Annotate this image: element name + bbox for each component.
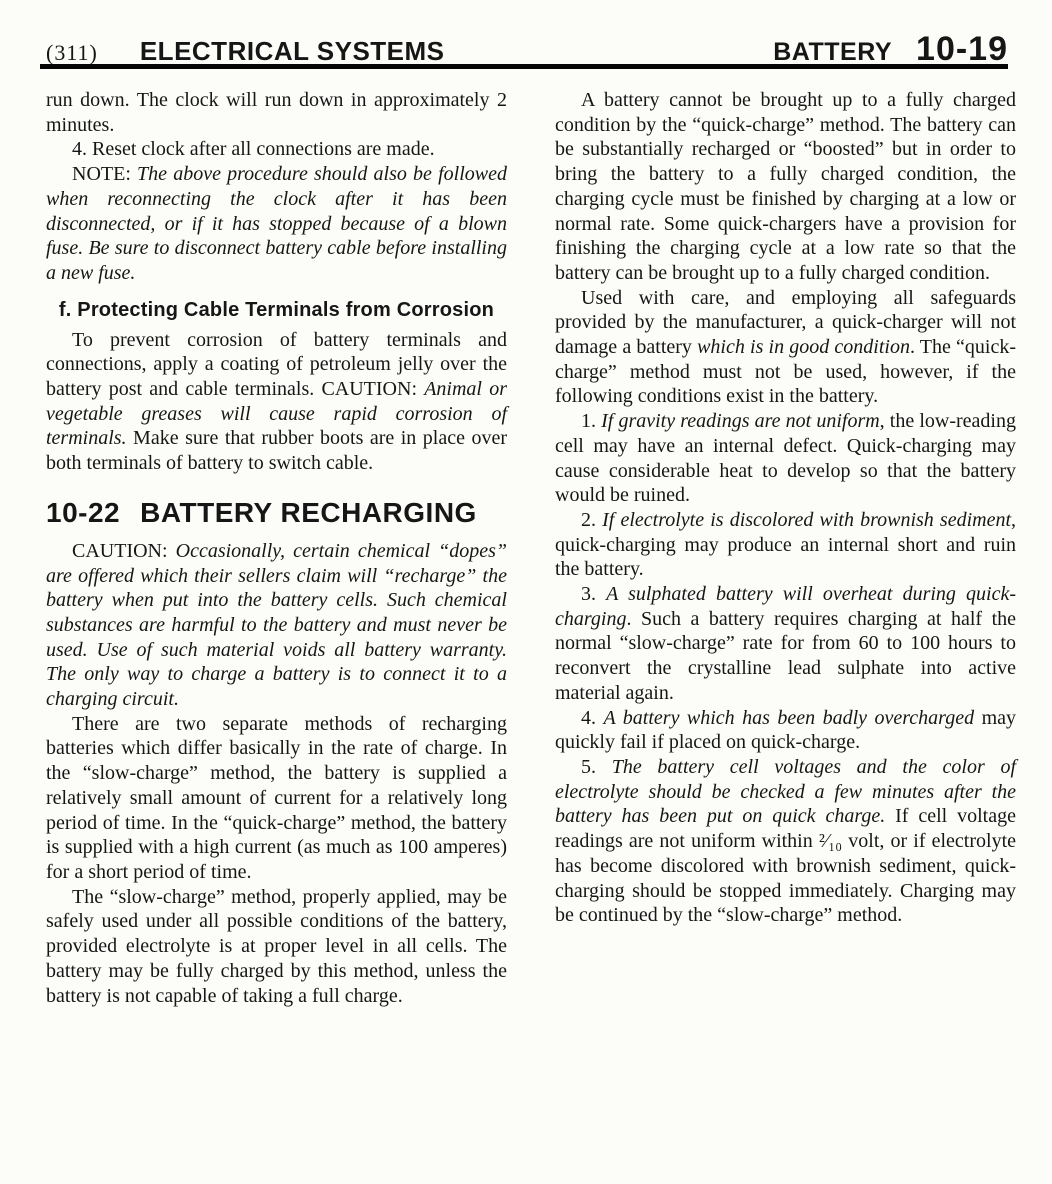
page-reference: (311) xyxy=(46,40,98,66)
paragraph: CAUTION: Occasionally, certain chemical … xyxy=(46,539,507,712)
text-segment: A battery cannot be brought up to a full… xyxy=(555,89,1016,284)
paragraph: NOTE: The above procedure should also be… xyxy=(46,162,507,286)
text-segment: The “slow-charge” method, properly appli… xyxy=(46,886,507,1007)
left-column: run down. The clock will run down in app… xyxy=(46,88,507,1008)
paragraph: 4. Reset clock after all connections are… xyxy=(46,137,507,162)
text-segment: 2. xyxy=(581,509,602,531)
paragraph: 1. If gravity readings are not uniform, … xyxy=(555,409,1016,508)
paragraph: 3. A sulphated battery will overheat dur… xyxy=(555,582,1016,706)
text-segment: 4. xyxy=(581,707,603,729)
section-title-text: BATTERY RECHARGING xyxy=(140,497,477,528)
paragraph: run down. The clock will run down in app… xyxy=(46,88,507,137)
text-segment: CAUTION: xyxy=(72,540,176,562)
section-number: 10-22 xyxy=(46,497,120,528)
text-segment: Occasionally, certain chemical “dopes” a… xyxy=(46,540,507,710)
header-rule xyxy=(40,64,1008,69)
section-title: ELECTRICAL SYSTEMS xyxy=(140,36,445,67)
paragraph: 5. The battery cell voltages and the col… xyxy=(555,755,1016,928)
text-columns: run down. The clock will run down in app… xyxy=(46,88,1016,1008)
text-segment: If gravity readings are not uniform xyxy=(601,410,880,432)
header-left: (311) ELECTRICAL SYSTEMS xyxy=(46,36,445,67)
paragraph: 2. If electrolyte is discolored with bro… xyxy=(555,508,1016,582)
section-heading: 10-22BATTERY RECHARGING xyxy=(46,497,507,529)
text-segment: 4. Reset clock after all connections are… xyxy=(72,138,435,160)
text-segment: There are two separate methods of rechar… xyxy=(46,713,507,883)
paragraph: The “slow-charge” method, properly appli… xyxy=(46,885,507,1009)
paragraph: Used with care, and employing all safegu… xyxy=(555,286,1016,410)
text-segment: which is in good condition xyxy=(697,336,910,358)
sub-heading: f. Protecting Cable Terminals from Corro… xyxy=(46,299,507,322)
paragraph: A battery cannot be brought up to a full… xyxy=(555,88,1016,286)
right-column: A battery cannot be brought up to a full… xyxy=(555,88,1016,1008)
manual-page: (311) ELECTRICAL SYSTEMS BATTERY 10-19 r… xyxy=(0,0,1052,1184)
paragraph: There are two separate methods of rechar… xyxy=(46,712,507,885)
text-segment: If electrolyte is discolored with browni… xyxy=(602,509,1011,531)
text-segment: 5. xyxy=(581,756,612,778)
paragraph: 4. A battery which has been badly overch… xyxy=(555,706,1016,755)
text-segment: NOTE: xyxy=(72,163,137,185)
text-segment: A battery which has been badly overcharg… xyxy=(603,707,974,729)
chapter-label: BATTERY xyxy=(773,38,892,67)
text-segment: run down. The clock will run down in app… xyxy=(46,89,507,136)
text-segment: 3. xyxy=(581,583,606,605)
paragraph: To prevent corrosion of battery terminal… xyxy=(46,328,507,476)
text-segment: 1. xyxy=(581,410,601,432)
